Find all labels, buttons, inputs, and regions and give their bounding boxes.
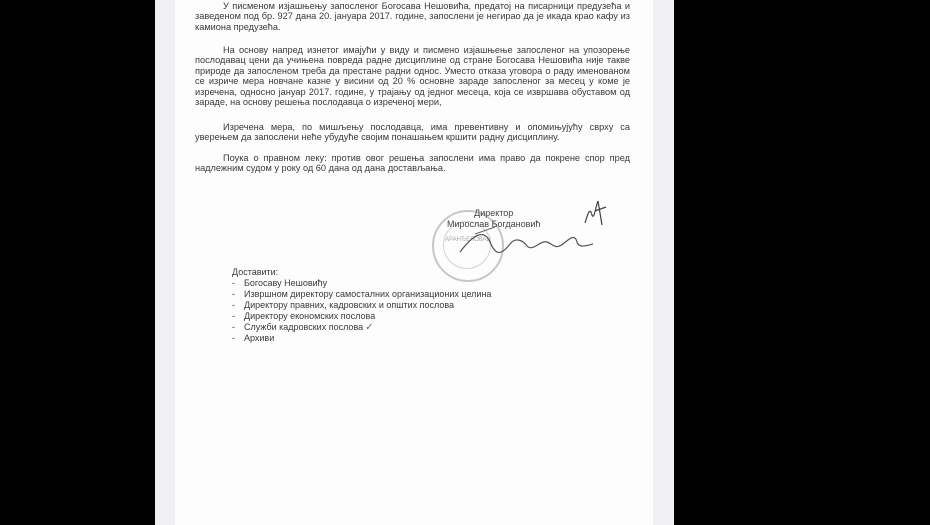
- paragraph-decision: На основу напред изнетог имајући у виду …: [195, 45, 630, 107]
- right-letterbox: [674, 0, 930, 525]
- delivery-heading: Доставити:: [232, 267, 491, 278]
- signatory-title: Директор: [447, 208, 540, 219]
- paragraph-legal-remedy: Поука о правном леку: против овог решења…: [195, 153, 630, 174]
- delivery-list: Доставити: Богосаву Нешовићу Извршном ди…: [232, 267, 491, 344]
- delivery-item: Директору економских послова: [232, 311, 491, 322]
- delivery-item: Богосаву Нешовићу: [232, 278, 491, 289]
- paragraph-purpose: Изречена мера, по мишљењу послодавца, им…: [195, 122, 630, 143]
- checkmark-icon: ✓: [365, 322, 373, 333]
- handwritten-signature-icon: [455, 222, 595, 262]
- delivery-item: Извршном директору самосталних организац…: [232, 289, 491, 300]
- paragraph-statement: У писменом изјашњењу запосленог Богосава…: [195, 1, 630, 32]
- document-sheet: У писменом изјашњењу запосленог Богосава…: [175, 0, 653, 525]
- delivery-item: Директору правних, кадровских и општих п…: [232, 300, 491, 311]
- document-page: У писменом изјашњењу запосленог Богосава…: [155, 0, 674, 525]
- left-letterbox: [0, 0, 155, 525]
- initials-mark-icon: [580, 195, 610, 230]
- delivery-item: Служби кадровских послова✓: [232, 322, 491, 333]
- delivery-item: Архиви: [232, 333, 491, 344]
